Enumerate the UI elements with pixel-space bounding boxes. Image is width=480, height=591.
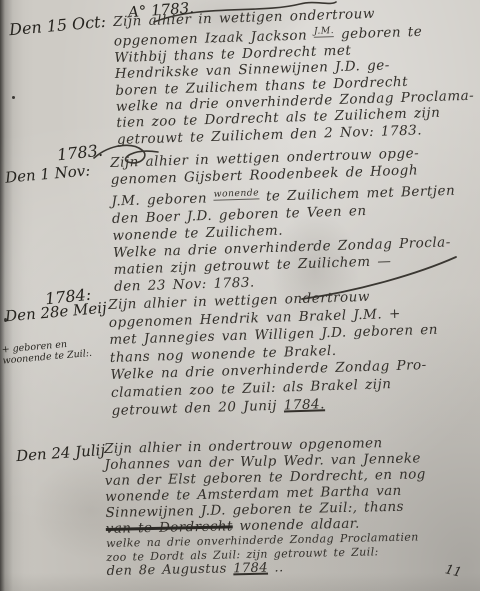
text-segment: 1784 (233, 561, 268, 577)
entries-container: A° 1783. Den 15 Oct: Zijn alhier in wett… (0, 0, 480, 591)
register-page-scan: A° 1783. Den 15 Oct: Zijn alhier in wett… (0, 0, 480, 591)
text-segment: .. (268, 560, 284, 575)
entry-text: Zijn alhier in ondertrouw opgenomenJohan… (104, 434, 428, 580)
entry-date-label: Den 24 Julij (15, 441, 105, 465)
text-segment: den 8e Augustus (107, 561, 234, 579)
register-entry: Den 24 Julij Zijn alhier in ondertrouw o… (0, 0, 480, 591)
